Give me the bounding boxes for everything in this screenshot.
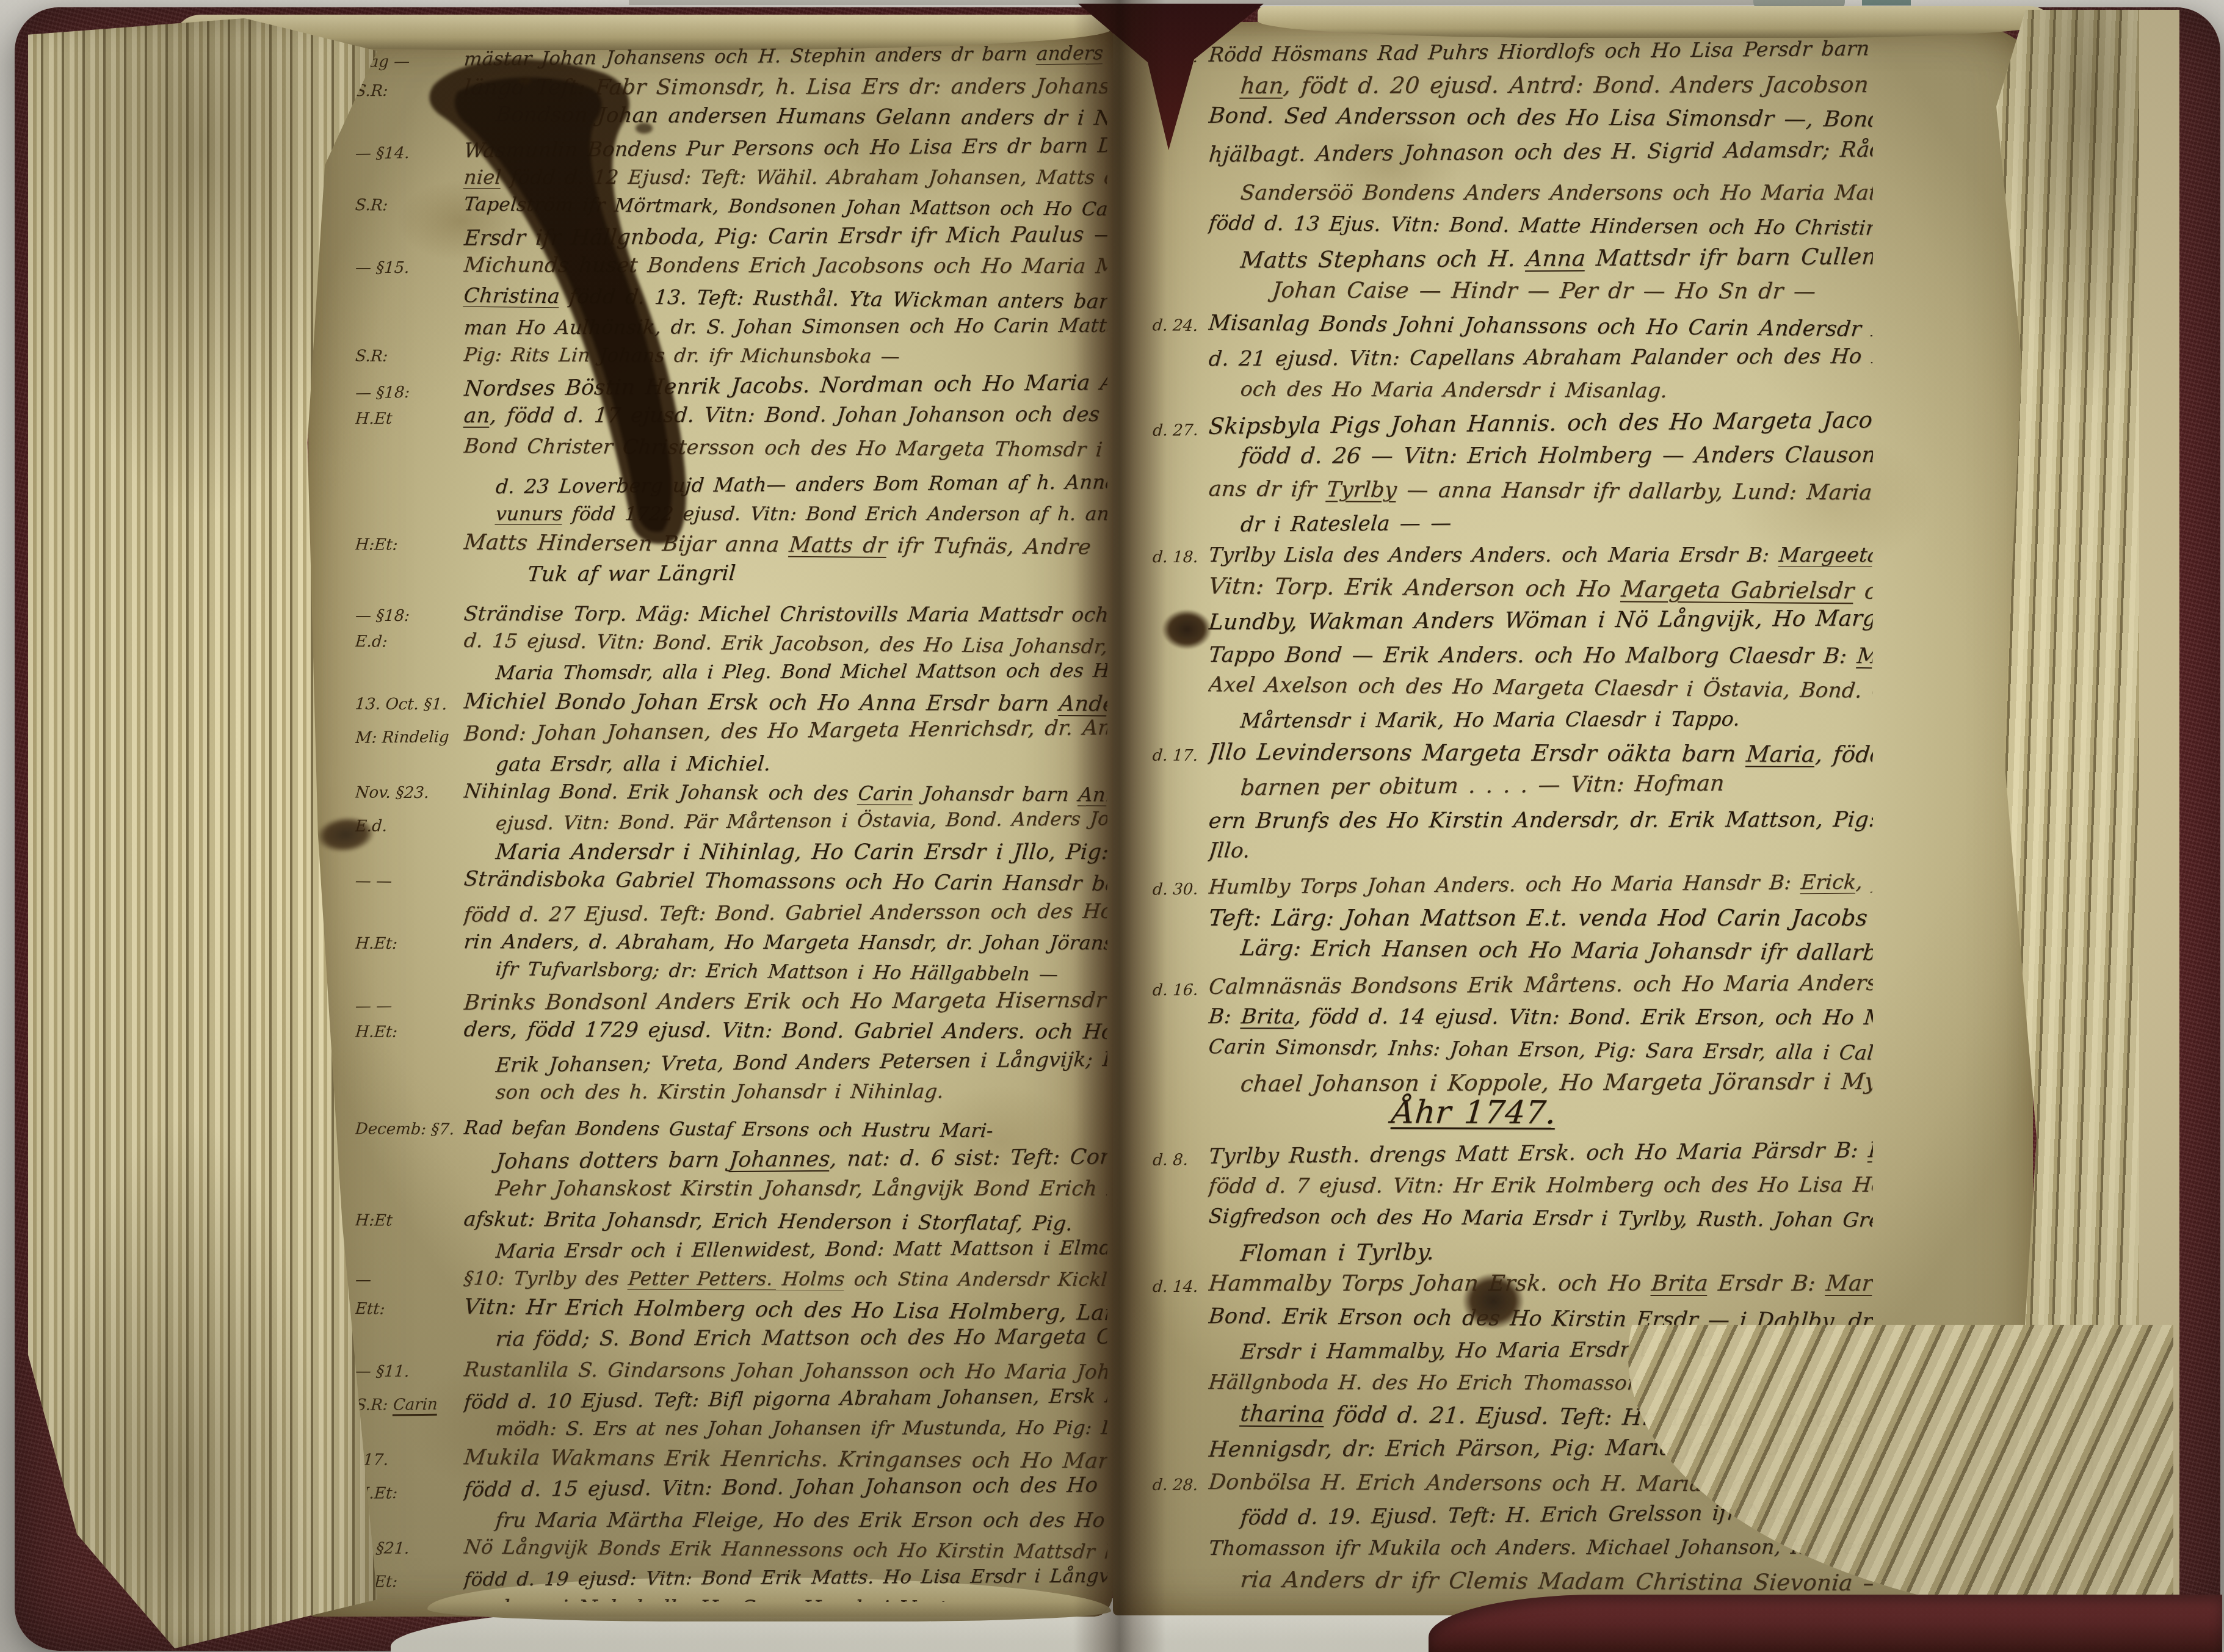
manuscript-line: Carin Simonsdr, Inhs: Johan Erson, Pig: … (1153, 1024, 1873, 1064)
line-text: son och des h. Kirstin Johansdr i Nihinl… (463, 1079, 1107, 1104)
manuscript-line: — —Brinks Bondsonl Anders Erik och Ho Ma… (355, 983, 1107, 1016)
manuscript-line: H.Et:född d. 19 ejusd: Vitn: Bond Erik M… (355, 1557, 1107, 1591)
margin-annotation: H.Et: (355, 1484, 465, 1502)
manuscript-line: d. 30.Humlby Torps Johan Anders. och Ho … (1153, 860, 1873, 899)
line-text: Floman i Tyrlby. (1208, 1235, 1873, 1266)
manuscript-line: H.Et:född d. 15 ejusd. Vitn: Bond. Johan… (355, 1467, 1107, 1503)
line-text: Maria Andersdr i Nihinlag, Ho Carin Ersd… (463, 840, 1107, 864)
margin-annotation (355, 979, 464, 980)
line-text: ria född; S. Bond Erich Mattson och des … (463, 1325, 1107, 1352)
manuscript-line: Johan Caise — Hindr — Per dr — Ho Sn dr … (1153, 270, 1873, 304)
line-text: Maria Ersdr och i Ellenwidest, Bond: Mat… (463, 1236, 1107, 1263)
line-text: §10: Tyrlby des Petter Petters. Holms oc… (463, 1267, 1107, 1291)
line-text: Sigfredson och des Ho Maria Ersdr i Tyrl… (1208, 1204, 1873, 1231)
margin-annotation: — (355, 1271, 465, 1289)
margin-annotation: §17. (355, 1451, 465, 1469)
manuscript-line: född d. 13 Ejus. Vitn: Bond. Matte Hinde… (1153, 201, 1873, 239)
line-text: Carin Simonsdr, Inhs: Johan Erson, Pig: … (1208, 1034, 1873, 1065)
line-text: Tyrlby Lisla des Anders Anders. och Mari… (1208, 543, 1873, 567)
manuscript-line: Maria Andersdr i Nihinlag, Ho Carin Ersd… (355, 835, 1107, 864)
line-text: mödh: S. Ers at nes Johan Johansen ifr M… (463, 1417, 1107, 1440)
line-text: och des Ho Maria Andersdr i Misanlag. (1208, 377, 1873, 403)
book-cover-bottom-right (1429, 1595, 2222, 1652)
line-text: ria Anders dr ifr Clemis Madam Christina… (1208, 1566, 1873, 1595)
line-text: Strändisboka Gabriel Thomassons och Ho C… (463, 867, 1107, 896)
line-text: född d. 26 — Vitn: Erich Holmberg — Ande… (1208, 443, 1873, 469)
line-text: ders. i Nybybolla Ho Sara Handr i Vreta. (463, 1596, 1107, 1602)
manuscript-line: ria Anders dr ifr Clemis Madam Christina… (1153, 1559, 1873, 1595)
manuscript-line: ria född; S. Bond Erich Mattson och des … (355, 1319, 1107, 1352)
manuscript-line: Mårtensdr i Marik, Ho Maria Claesdr i Ta… (1153, 697, 1873, 733)
manuscript-line: d. 8.Tyrlby Rusth. drengs Matt Ersk. och… (1153, 1129, 1873, 1169)
margin-annotation: — — (355, 872, 465, 891)
margin-annotation: Decemb: §7. (355, 1120, 465, 1139)
manuscript-line: Bond. Sed Andersson och des Ho Lisa Simo… (1153, 95, 1873, 132)
manuscript-line: d. 27.Skipsbyla Pigs Johan Hannis. och d… (1153, 400, 1873, 440)
line-text: Teft: Lärg: Johan Mattson E.t. venda Hod… (1208, 905, 1873, 931)
line-text: född d. 15 ejusd. Vitn: Bond. Johan Joha… (463, 1473, 1107, 1502)
line-text: ejusd. Vitn: Bond. Pär Mårtenson i Östav… (463, 808, 1107, 835)
manuscript-line: d. 16.Calmnäsnäs Bondsons Erik Mårtens. … (1153, 963, 1873, 1000)
line-text: Calmnäsnäs Bondsons Erik Mårtens. och Ho… (1208, 971, 1873, 999)
line-text: Lärg: Erich Hansen och Ho Maria Johansdr… (1208, 935, 1873, 965)
line-text: ders, född 1729 ejusd. Vitn: Bond. Gabri… (463, 1017, 1107, 1044)
year-heading: Åhr 1747. (1153, 1093, 1873, 1133)
line-text: d. 21 ejusd. Vitn: Capellans Abraham Pal… (1208, 344, 1873, 371)
manuscript-line: Teft: Lärg: Johan Mattson E.t. venda Hod… (1153, 898, 1873, 931)
manuscript-line: Johans dotters barn Johannes, nat: d. 6 … (355, 1139, 1107, 1175)
line-text: Johan Caise — Hindr — Per dr — Ho Sn dr … (1208, 278, 1873, 304)
manuscript-line: han, födt d. 20 ejusd. Antrd: Bond. Ande… (1153, 65, 1873, 99)
manuscript-line: Maria Thomsdr, alla i Pleg. Bond Michel … (355, 652, 1107, 685)
line-text: fru Maria Märtha Fleige, Ho des Erik Ers… (463, 1508, 1107, 1532)
line-text: född d. 7 ejusd. Vitn: Hr Erik Holmberg … (1208, 1173, 1873, 1198)
line-text: Sandersöö Bondens Anders Andersons och H… (1208, 181, 1873, 205)
manuscript-line: E.d.ejusd. Vitn: Bond. Pär Mårtenson i Ö… (355, 800, 1107, 836)
manuscript-line: Tappo Bond — Erik Anders. och Ho Malborg… (1153, 634, 1873, 668)
line-text: Maria Thomsdr, alla i Pleg. Bond Michel … (463, 660, 1107, 684)
line-text: Bond. Sed Andersson och des Ho Lisa Simo… (1208, 103, 1873, 132)
line-text: ifr Tufvarlsborg; dr: Erich Mattson i Ho… (463, 958, 1107, 986)
manuscript-line: Sandersöö Bondens Anders Andersons och H… (1153, 172, 1873, 205)
manuscript-line: Matts Stephans och H. Anna Mattsdr ifr b… (1153, 237, 1873, 274)
manuscript-line: — —Strändisboka Gabriel Thomassons och H… (355, 860, 1107, 896)
manuscript-line: Pehr Johanskost Kirstin Johansdr, Långvi… (355, 1171, 1107, 1201)
margin-annotation: 13. Oct. §1. (355, 695, 465, 714)
manuscript-line: Lundby, Wakman Anders Wöman i Nö Långvij… (1153, 598, 1873, 636)
manuscript-line: född d. 27 Ejusd. Teft: Bond. Gabriel An… (355, 893, 1107, 927)
manuscript-line: Lärg: Erich Hansen och Ho Maria Johansdr… (1153, 927, 1873, 965)
line-text: ern Brunfs des Ho Kirstin Andersdr, dr. … (1208, 808, 1873, 833)
manuscript-line: —§10: Tyrlby des Petter Petters. Holms o… (355, 1259, 1107, 1291)
line-text: Rad befan Bondens Gustaf Ersons och Hust… (463, 1117, 1107, 1142)
photo-of-parish-register: Nag —mästar Johan Johansens och H. Steph… (0, 0, 2224, 1652)
ink-blot-right-page-gutter (1162, 609, 1212, 650)
margin-annotation (355, 587, 464, 588)
line-text: han, födt d. 20 ejusd. Antrd: Bond. Ande… (1208, 71, 1873, 99)
line-text: född d. 19 ejusd: Vitn: Bond Erik Matts.… (463, 1565, 1107, 1590)
manuscript-line: ern Brunfs des Ho Kirstin Andersdr, dr. … (1153, 799, 1873, 833)
line-text: chael Johanson i Koppole, Ho Margeta Jör… (1208, 1068, 1873, 1097)
manuscript-line: född d. 26 — Vitn: Erich Holmberg — Ande… (1153, 435, 1873, 469)
margin-annotation: Nov. §23. (355, 783, 465, 802)
line-text: född d. 13 Ejus. Vitn: Bond. Matte Hinde… (1208, 211, 1873, 239)
line-text: Lundby, Wakman Anders Wöman i Nö Långvij… (1208, 606, 1873, 635)
page-clamp-small (1862, 0, 1911, 5)
manuscript-line: B: Brita, född d. 14 ejusd. Vitn: Bond. … (1153, 996, 1873, 1030)
line-text: Pehr Johanskost Kirstin Johansdr, Långvi… (463, 1176, 1107, 1201)
manuscript-line: ders. i Nybybolla Ho Sara Handr i Vreta. (355, 1590, 1107, 1602)
line-text: Rödd Hösmans Rad Puhrs Hiordlofs och Ho … (1208, 36, 1873, 67)
manuscript-line: fru Maria Märtha Fleige, Ho des Erik Ers… (355, 1502, 1107, 1532)
manuscript-line: Sigfredson och des Ho Maria Ersdr i Tyrl… (1153, 1195, 1873, 1232)
line-text: Brinks Bondsonl Anders Erik och Ho Marge… (463, 988, 1107, 1015)
manuscript-line: och des Ho Maria Andersdr i Misanlag. (1153, 368, 1873, 404)
manuscript-line: Decemb: §7.Rad befan Bondens Gustaf Erso… (355, 1108, 1107, 1142)
manuscript-line: M: RindeligBond: Johan Johansen, des Ho … (355, 710, 1107, 747)
manuscript-line: barnen per obitum . . . . — Vitn: Hofman (1153, 761, 1873, 801)
margin-annotation: H:Et (355, 1211, 465, 1230)
line-text: Åhr 1747. (1207, 1093, 1873, 1132)
margin-annotation: H.Et: (355, 1023, 465, 1042)
manuscript-line: Floman i Tyrlby. (1153, 1228, 1873, 1267)
manuscript-line: Tuk af war Längril (355, 553, 1107, 587)
margin-annotation: M: Rindelig (355, 728, 465, 747)
manuscript-line: H.Et:ders, född 1729 ejusd. Vitn: Bond. … (355, 1012, 1107, 1045)
line-text: Hammalby Torps Johan Ersk. och Ho Brita … (1208, 1271, 1873, 1296)
manuscript-line: gata Ersdr, alla i Michiel. (355, 745, 1107, 776)
line-text: dr i Rateslela — — (1208, 507, 1873, 537)
line-text: Bond: Johan Johansen, des Ho Margeta Hen… (463, 716, 1107, 746)
manuscript-line: född d. 7 ejusd. Vitn: Hr Erik Holmberg … (1153, 1164, 1873, 1198)
margin-annotation: E.d: (355, 632, 465, 652)
line-text: Mårtensdr i Marik, Ho Maria Claesdr i Ta… (1208, 706, 1873, 733)
margin-annotation: — §11. (355, 1363, 465, 1382)
line-text: Humlby Torps Johan Anders. och Ho Maria … (1208, 869, 1873, 898)
manuscript-line: hjälbagt. Anders Johnason och des H. Sig… (1153, 129, 1873, 167)
line-text: barnen per obitum . . . . — Vitn: Hofman (1208, 769, 1873, 801)
manuscript-line: son och des h. Kirstin Johansdr i Nihinl… (355, 1073, 1107, 1104)
manuscript-line: d. 18.Tyrlby Lisla des Anders Anders. oc… (1153, 534, 1873, 567)
manuscript-line: d. 21 ejusd. Vitn: Capellans Abraham Pal… (1153, 336, 1873, 372)
line-text: Johans dotters barn Johannes, nat: d. 6 … (463, 1145, 1107, 1174)
manuscript-line: dr i Rateslela — — (1153, 499, 1873, 537)
binding-gutter-shadow (1073, 0, 1166, 1652)
manuscript-line: chael Johanson i Koppole, Ho Margeta Jör… (1153, 1062, 1873, 1098)
line-text: gata Ersdr, alla i Michiel. (463, 751, 1107, 776)
ink-smudge (421, 49, 726, 556)
manuscript-line: d. 21:Rödd Hösmans Rad Puhrs Hiordlofs o… (1153, 32, 1873, 67)
line-text: hjälbagt. Anders Johnason och des H. Sig… (1208, 137, 1873, 167)
line-text: Matts Stephans och H. Anna Mattsdr ifr b… (1208, 244, 1873, 274)
manuscript-line: mödh: S. Ers at nes Johan Johansen ifr M… (355, 1409, 1107, 1440)
manuscript-line: ifr Tufvarlsborg; dr: Erich Mattson i Ho… (355, 949, 1107, 986)
manuscript-line: Maria Ersdr och i Ellenwidest, Bond: Mat… (355, 1229, 1107, 1263)
line-text: Tuk af war Längril (463, 559, 1107, 587)
line-text: född d. 27 Ejusd. Teft: Bond. Gabriel An… (463, 899, 1107, 926)
margin-annotation: Ett: (355, 1300, 465, 1319)
